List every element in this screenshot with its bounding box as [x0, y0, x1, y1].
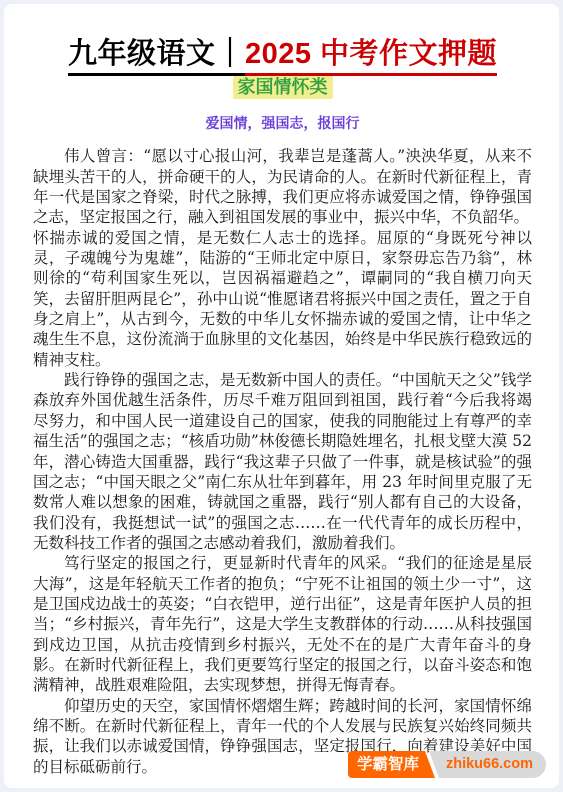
essay-body: 伟人曾言：“愿以寸心报山河，我辈岂是蓬蒿人。”泱泱华夏，从来不缺埋头苦干的人，拼…	[33, 146, 532, 777]
category-row: 家国情怀类	[33, 76, 532, 99]
document-page: 九年级语文｜2025 中考作文押题 家国情怀类 爱国情，强国志，报国行 伟人曾言…	[4, 4, 559, 788]
brand-site-url: zhiku66.com	[429, 751, 546, 778]
brand-watermark: 学霸智库 zhiku66.com	[348, 751, 546, 778]
category-highlight-label: 家国情怀类	[233, 76, 333, 99]
body-paragraph: 伟人曾言：“愿以寸心报山河，我辈岂是蓬蒿人。”泱泱华夏，从来不缺埋头苦干的人，拼…	[33, 146, 532, 227]
essay-subtitle: 爱国情，强国志，报国行	[33, 113, 532, 133]
body-paragraph: 践行铮铮的强国之志，是无数新中国人的责任。“中国航天之父”钱学森放弃外国优越生活…	[33, 370, 532, 553]
page-title-red-part: 2025 中考作文押题	[245, 38, 497, 76]
body-paragraph: 笃行坚定的报国之行，更显新时代青年的风采。“我们的征途是星辰大海”，这是年轻航天…	[33, 553, 532, 695]
body-paragraph: 怀揣赤诚的爱国之情，是无数仁人志士的选择。屈原的“身既死兮神以灵，子魂魄兮为鬼雄…	[33, 228, 532, 370]
page-title: 九年级语文｜2025 中考作文押题	[33, 38, 532, 71]
page-title-black-part: 九年级语文｜	[68, 38, 245, 76]
brand-logo: 学霸智库	[348, 751, 435, 778]
